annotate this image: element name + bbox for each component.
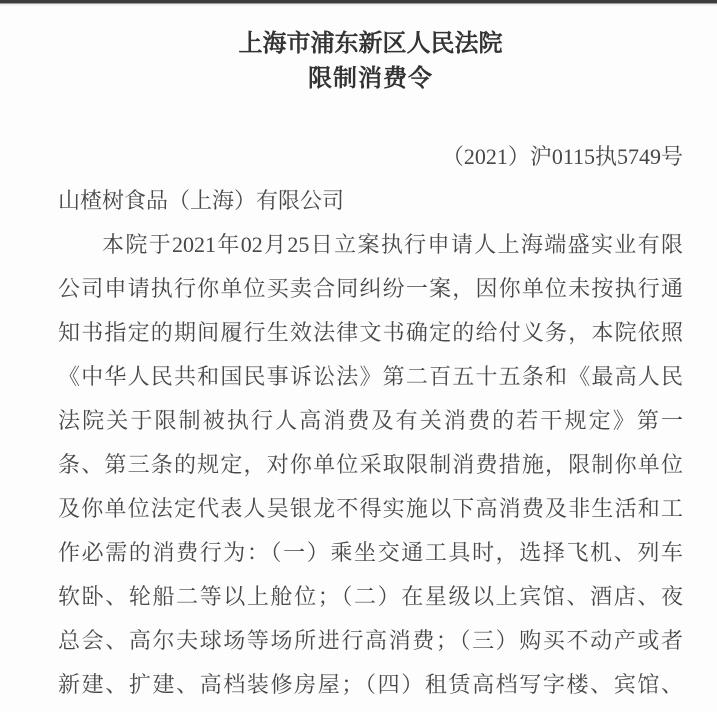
body-text-line: 新建、扩建、高档装修房屋；（四）租赁高档写字楼、宾馆、: [58, 663, 683, 707]
body-text-line: 及你单位法定代表人吴银龙不得实施以下高消费及非生活和工: [58, 487, 683, 531]
body-text-line: 《中华人民共和国民事诉讼法》第二百五十五条和《最高人民: [58, 355, 683, 399]
body-text-line: 总会、高尔夫球场等场所进行高消费；（三）购买不动产或者: [58, 619, 683, 663]
body-text-line: 作必需的消费行为：（一）乘坐交通工具时，选择飞机、列车: [58, 531, 683, 575]
document-page: 上海市浦东新区人民法院 限制消费令 （2021）沪0115执5749号 山楂树食…: [0, 27, 717, 707]
addressee-company-name: 山楂树食品（上海）有限公司: [58, 179, 683, 223]
top-bar-shadow: [0, 4, 717, 6]
scanned-court-document: { "document": { "court_name": "上海市浦东新区人民…: [0, 0, 717, 712]
document-body: 本院于2021年02月25日立案执行申请人上海端盛实业有限公司申请执行你单位买卖…: [58, 223, 683, 707]
document-title: 限制消费令: [58, 61, 683, 97]
body-text-line: 公司申请执行你单位买卖合同纠纷一案，因你单位未按执行通: [58, 267, 683, 311]
body-text-line: 软卧、轮船二等以上舱位；（二）在星级以上宾馆、酒店、夜: [58, 575, 683, 619]
body-text-line: 法院关于限制被执行人高消费及有关消费的若干规定》第一: [58, 399, 683, 443]
body-text-line: 知书指定的期间履行生效法律文书确定的给付义务，本院依照: [58, 311, 683, 355]
body-text-line: 条、第三条的规定，对你单位采取限制消费措施，限制你单位: [58, 443, 683, 487]
case-number: （2021）沪0115执5749号: [58, 135, 683, 179]
court-name-heading: 上海市浦东新区人民法院: [58, 27, 683, 61]
body-text-line: 本院于2021年02月25日立案执行申请人上海端盛实业有限: [58, 223, 683, 267]
